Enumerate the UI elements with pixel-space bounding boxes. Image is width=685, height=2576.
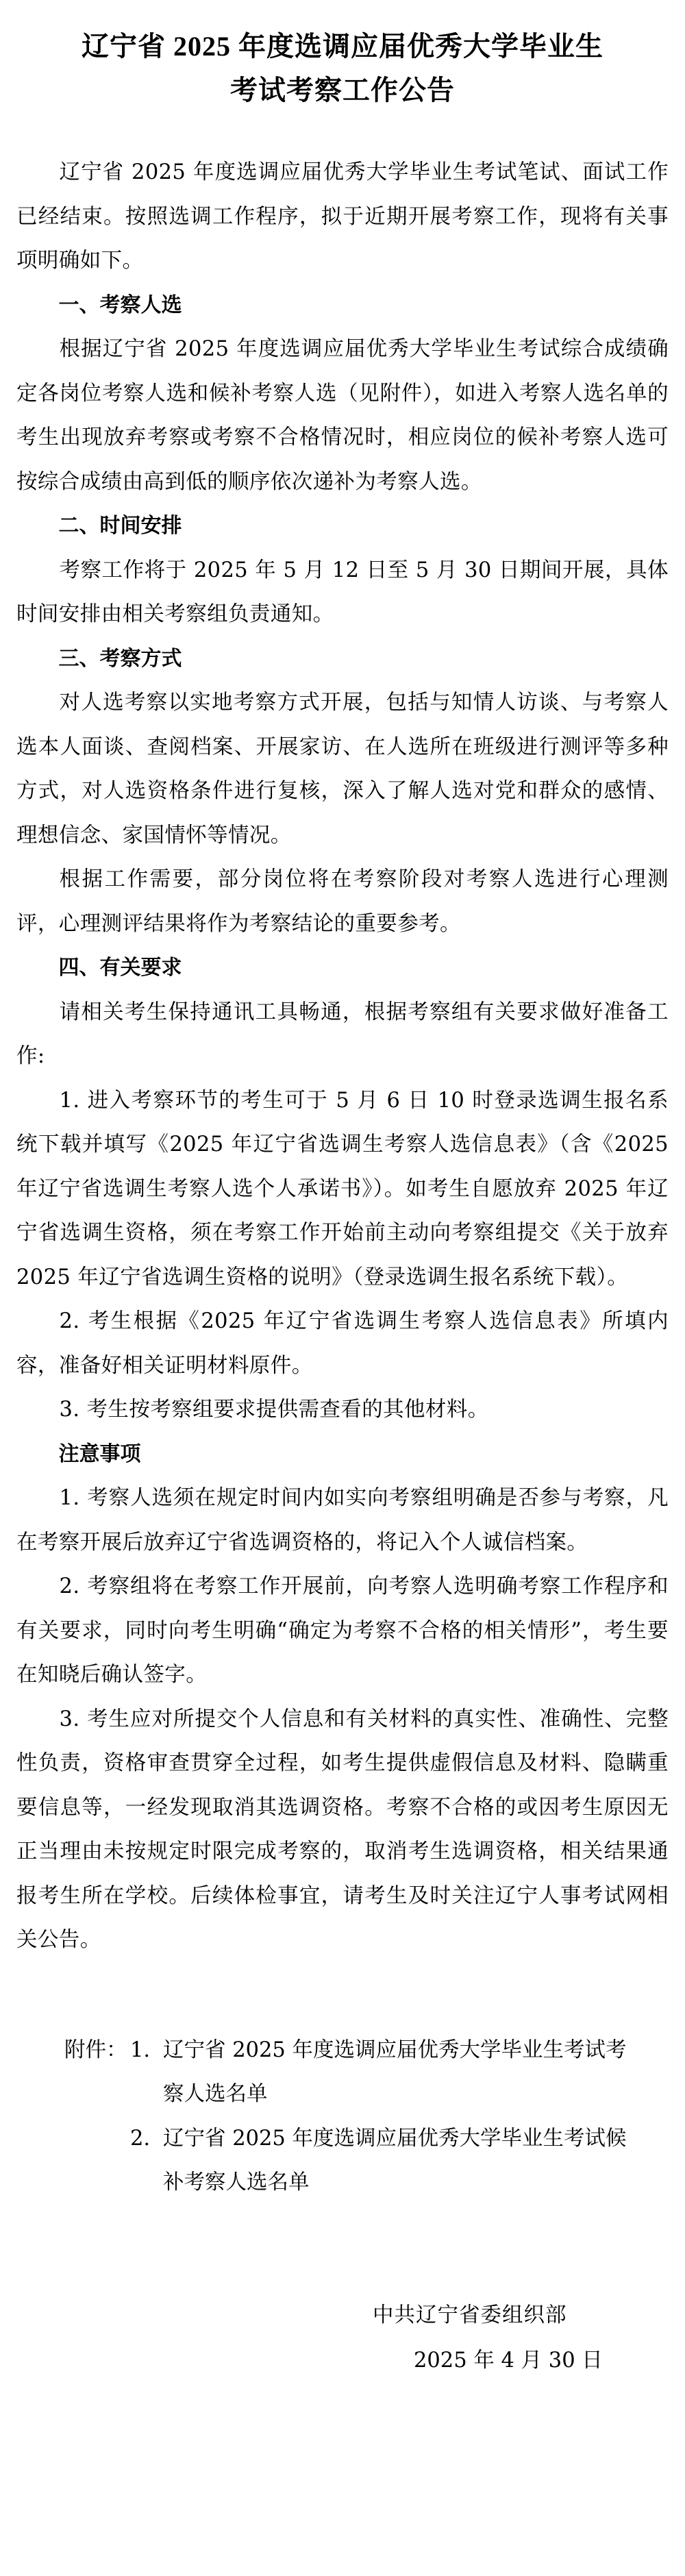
document-title: 辽宁省 2025 年度选调应届优秀大学毕业生 考试考察工作公告	[16, 0, 669, 112]
note-item-2: 2. 考察组将在考察工作开展前，向考察人选明确考察工作程序和有关要求，同时向考生…	[16, 1565, 669, 1698]
section-heading: 一、考察人选	[16, 284, 669, 328]
title-line-2: 考试考察工作公告	[16, 69, 669, 112]
attachments-label-spacer	[64, 2117, 130, 2205]
attachment-item-2: 2. 辽宁省 2025 年度选调应届优秀大学毕业生考试候补考察人选名单	[16, 2117, 669, 2205]
attachments-list: 附件： 1. 辽宁省 2025 年度选调应届优秀大学毕业生考试考察人选名单 2.…	[16, 2029, 669, 2205]
attachment-title: 辽宁省 2025 年度选调应届优秀大学毕业生考试考察人选名单	[163, 2029, 669, 2117]
section-paragraph: 根据工作需要，部分岗位将在考察阶段对考察人选进行心理测评，心理测评结果将作为考察…	[16, 858, 669, 946]
announcement-page: 辽宁省 2025 年度选调应届优秀大学毕业生 考试考察工作公告 辽宁省 2025…	[0, 0, 685, 2576]
requirement-item-2: 2. 考生根据《2025 年辽宁省选调生考察人选信息表》所填内容，准备好相关证明…	[16, 1300, 669, 1388]
section-paragraph: 根据辽宁省 2025 年度选调应届优秀大学毕业生考试综合成绩确定各岗位考察人选和…	[16, 327, 669, 504]
section-schedule: 二、时间安排 考察工作将于 2025 年 5 月 12 日至 5 月 30 日期…	[16, 504, 669, 637]
section-heading: 二、时间安排	[16, 504, 669, 549]
requirement-item-3: 3. 考生按考察组要求提供需查看的其他材料。	[16, 1388, 669, 1433]
attachment-number: 1.	[130, 2029, 163, 2117]
attachments-label: 附件：	[64, 2029, 130, 2117]
title-line-1: 辽宁省 2025 年度选调应届优秀大学毕业生	[16, 25, 669, 69]
attachment-number: 2.	[130, 2117, 163, 2205]
issuing-organization: 中共辽宁省委组织部	[373, 2293, 669, 2338]
section-method: 三、考察方式 对人选考察以实地考察方式开展，包括与知情人访谈、与考察人选本人面谈…	[16, 637, 669, 947]
section-heading: 注意事项	[16, 1433, 669, 1477]
section-paragraph: 考察工作将于 2025 年 5 月 12 日至 5 月 30 日期间开展，具体时…	[16, 549, 669, 637]
section-requirements: 四、有关要求 请相关考生保持通讯工具畅通，根据考察组有关要求做好准备工作: 1.…	[16, 946, 669, 1433]
intro-paragraph: 辽宁省 2025 年度选调应届优秀大学毕业生考试笔试、面试工作已经结束。按照选调…	[16, 151, 669, 284]
note-item-3: 3. 考生应对所提交个人信息和有关材料的真实性、准确性、完整性负责，资格审查贯穿…	[16, 1698, 669, 1963]
note-item-1: 1. 考察人选须在规定时间内如实向考察组明确是否参与考察，凡在考察开展后放弃辽宁…	[16, 1476, 669, 1565]
section-heading: 三、考察方式	[16, 637, 669, 682]
signature-block: 中共辽宁省委组织部 2025 年 4 月 30 日	[16, 2293, 669, 2383]
attachment-title: 辽宁省 2025 年度选调应届优秀大学毕业生考试候补考察人选名单	[163, 2117, 669, 2205]
requirement-item-1: 1. 进入考察环节的考生可于 5 月 6 日 10 时登录选调生报名系统下载并填…	[16, 1079, 669, 1300]
section-paragraph: 请相关考生保持通讯工具畅通，根据考察组有关要求做好准备工作:	[16, 991, 669, 1079]
issue-date: 2025 年 4 月 30 日	[414, 2338, 669, 2383]
document-body: 辽宁省 2025 年度选调应届优秀大学毕业生考试笔试、面试工作已经结束。按照选调…	[16, 151, 669, 2383]
attachment-item-1: 附件： 1. 辽宁省 2025 年度选调应届优秀大学毕业生考试考察人选名单	[16, 2029, 669, 2117]
section-notes: 注意事项 1. 考察人选须在规定时间内如实向考察组明确是否参与考察，凡在考察开展…	[16, 1433, 669, 1963]
section-paragraph: 对人选考察以实地考察方式开展，包括与知情人访谈、与考察人选本人面谈、查阅档案、开…	[16, 681, 669, 858]
section-heading: 四、有关要求	[16, 946, 669, 991]
section-candidates: 一、考察人选 根据辽宁省 2025 年度选调应届优秀大学毕业生考试综合成绩确定各…	[16, 284, 669, 505]
